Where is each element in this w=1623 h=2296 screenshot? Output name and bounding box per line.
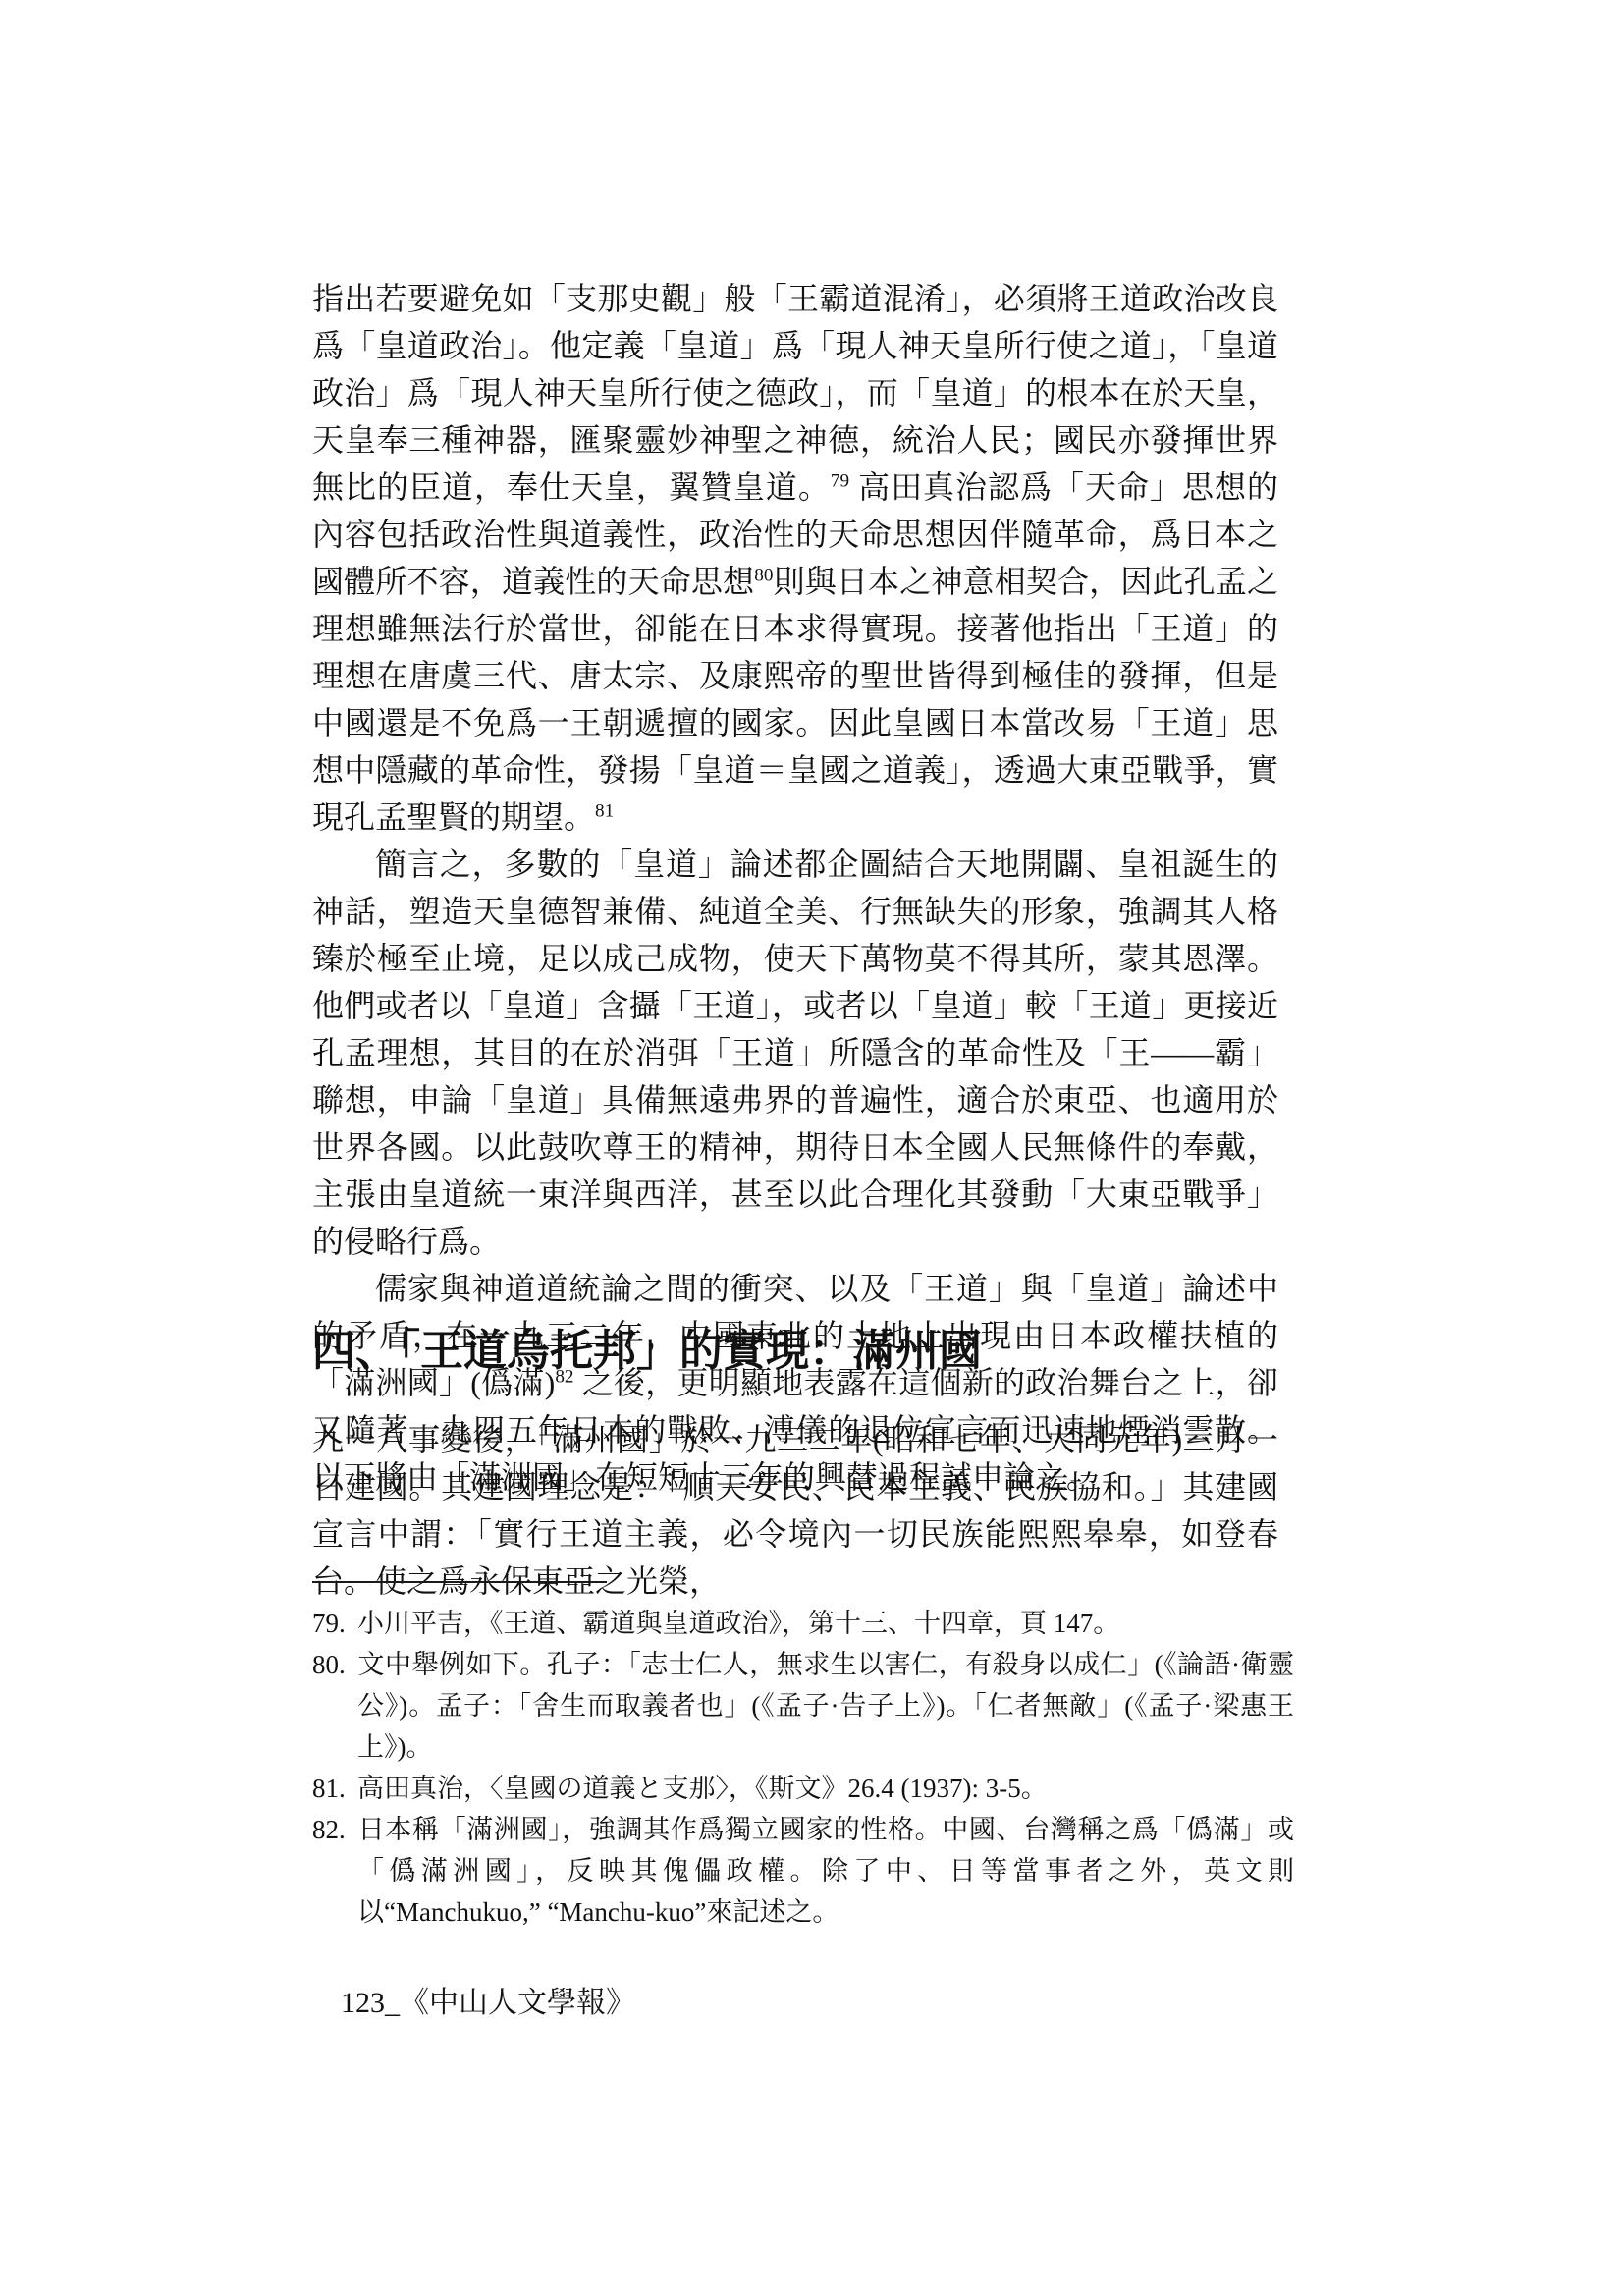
paragraph: 九一八事變後，「滿州國」於一九三二年(昭和七年、大同元年)三月一日建國。其建國理… xyxy=(312,1416,1278,1605)
page-footer: 123_《中山人文學報》 xyxy=(341,1986,635,2021)
body-text: 指出若要避免如「支那史觀」般「王霸道混淆」，必須將王道政治改良爲「皇道政治」。他… xyxy=(312,275,1278,1501)
paragraph: 指出若要避免如「支那史觀」般「王霸道混淆」，必須將王道政治改良爲「皇道政治」。他… xyxy=(312,275,1278,841)
footnote-item: 80.文中舉例如下。孔子：「志士仁人，無求生以害仁，有殺身以成仁」(《論語·衛靈… xyxy=(312,1644,1294,1768)
footnotes: 79.小川平吉，《王道、霸道與皇道政治》，第十三、十四章，頁 147。80.文中… xyxy=(312,1603,1294,1933)
footnote-item: 81.高田真治，〈皇國の道義と支那〉，《斯文》26.4 (1937): 3-5。 xyxy=(312,1768,1294,1809)
footnote-item: 82.日本稱「滿洲國」，強調其作爲獨立國家的性格。中國、台灣稱之爲「僞滿」或「僞… xyxy=(312,1809,1294,1933)
footnote-text: 小川平吉，《王道、霸道與皇道政治》，第十三、十四章，頁 147。 xyxy=(357,1609,1119,1638)
footnote-number: 82. xyxy=(312,1809,357,1850)
footnote-number: 80. xyxy=(312,1644,357,1685)
footnote-ref: 81 xyxy=(595,800,614,821)
footnote-ref: 80 xyxy=(754,565,773,585)
section-body-text: 九一八事變後，「滿州國」於一九三二年(昭和七年、大同元年)三月一日建國。其建國理… xyxy=(312,1416,1278,1605)
footnote-number: 79. xyxy=(312,1603,357,1644)
section-heading: 四、「王道烏托邦」的實現：滿州國 xyxy=(312,1324,1278,1379)
footnote-number: 81. xyxy=(312,1768,357,1809)
footnote-text: 高田真治，〈皇國の道義と支那〉，《斯文》26.4 (1937): 3-5。 xyxy=(357,1774,1048,1803)
paragraph: 簡言之，多數的「皇道」論述都企圖結合天地開闢、皇祖誕生的神話，塑造天皇德智兼備、… xyxy=(312,841,1278,1265)
footnote-text: 日本稱「滿洲國」，強調其作爲獨立國家的性格。中國、台灣稱之爲「僞滿」或「僞滿洲國… xyxy=(357,1815,1294,1927)
footnote-ref: 79 xyxy=(831,470,849,491)
footnote-text: 文中舉例如下。孔子：「志士仁人，無求生以害仁，有殺身以成仁」(《論語·衛靈公》)… xyxy=(357,1650,1294,1762)
document-page: 指出若要避免如「支那史觀」般「王霸道混淆」，必須將王道政治改良爲「皇道政治」。他… xyxy=(0,0,1623,2296)
footnote-separator xyxy=(312,1581,607,1583)
footnote-item: 79.小川平吉，《王道、霸道與皇道政治》，第十三、十四章，頁 147。 xyxy=(312,1603,1294,1644)
